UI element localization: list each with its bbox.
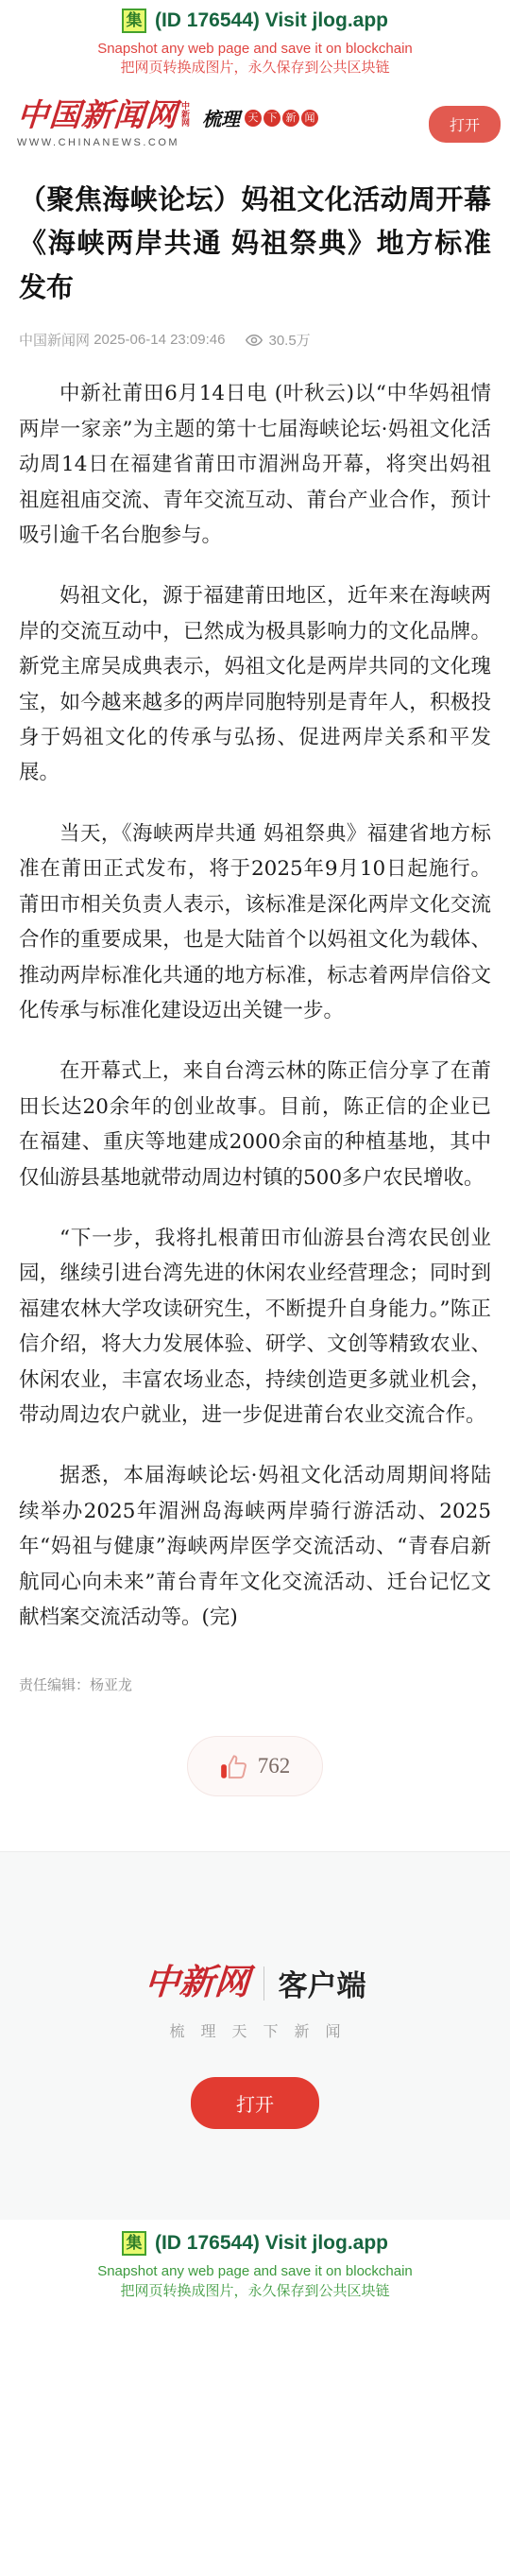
article-source: 中国新闻网	[19, 330, 90, 350]
editor-credit: 责任编辑：杨亚龙	[19, 1674, 491, 1694]
stamp-seal-icon: 闻	[301, 110, 318, 127]
like-count: 762	[258, 1754, 291, 1778]
stamp-seal-icon: 天	[245, 110, 262, 127]
jlog-top-banner: 集 (ID 176544) Visit jlog.app Snapshot an…	[0, 0, 510, 88]
app-slogan: 梳理天下新闻	[0, 2019, 510, 2041]
article-paragraph: 在开幕式上，来自台湾云林的陈正信分享了在莆田长达20余年的创业故事。目前，陈正信…	[19, 1054, 491, 1195]
jlog-subtitle-cn: 把网页转换成图片，永久保存到公共区块链	[0, 59, 510, 77]
jlog-link[interactable]: 集 (ID 176544) Visit jlog.app	[0, 9, 510, 33]
thumbs-up-icon	[220, 1753, 248, 1779]
eye-icon	[246, 334, 263, 347]
open-app-button[interactable]: 打开	[429, 106, 501, 143]
chinanews-logo[interactable]: 中国新闻网 中新网 WWW.CHINANEWS.COM	[17, 101, 189, 148]
app-client-label: 客户端	[279, 1962, 366, 2004]
article-paragraph: 据悉，本届海峡论坛·妈祖文化活动周期间将陆续举办2025年湄洲岛海峡两岸骑行游活…	[19, 1458, 491, 1635]
open-app-button-footer[interactable]: 打开	[191, 2077, 319, 2129]
chinanews-logo-text: 中国新闻网	[16, 101, 178, 132]
jlog-link-bottom[interactable]: 集 (ID 176544) Visit jlog.app	[0, 2231, 510, 2256]
app-logo-text: 中新网	[143, 1966, 250, 2001]
jlog-link-text: (ID 176544) Visit jlog.app	[155, 2232, 388, 2255]
stamp-prefix-text: 梳理	[202, 104, 240, 131]
app-logo: 中新网 客户端	[0, 1962, 510, 2004]
stamp-seal-icon: 新	[282, 110, 299, 127]
jlog-subtitle-cn: 把网页转换成图片，永久保存到公共区块链	[0, 2282, 510, 2301]
logo-divider	[263, 1966, 264, 2001]
article-paragraph: 妈祖文化，源于福建莆田地区，近年来在海峡两岸的交流互动中，已然成为极具影响力的文…	[19, 578, 491, 790]
like-button[interactable]: 762	[187, 1736, 324, 1796]
jlog-subtitle-en: Snapshot any web page and save it on blo…	[0, 2262, 510, 2281]
article-paragraph: “下一步，我将扎根莆田市仙游县台湾农民创业园，继续引进台湾先进的休闲农业经营理念…	[19, 1221, 491, 1433]
view-count: 30.5万	[246, 330, 310, 350]
jlog-bottom-banner: 集 (ID 176544) Visit jlog.app Snapshot an…	[0, 2220, 510, 2307]
jlog-logo-icon: 集	[122, 2231, 146, 2256]
chinanews-logo-side-text: 中新网	[180, 101, 189, 127]
article-datetime: 2025-06-14 23:09:46	[93, 332, 225, 348]
stamp-seal-icon: 下	[263, 110, 280, 127]
view-count-value: 30.5万	[268, 330, 310, 350]
jlog-link-text: (ID 176544) Visit jlog.app	[155, 9, 388, 32]
slogan-stamp: 梳理 天 下 新 闻	[202, 104, 318, 131]
jlog-logo-icon: 集	[122, 9, 146, 33]
article: （聚焦海峡论坛）妈祖文化活动周开幕 《海峡两岸共通 妈祖祭典》地方标准发布 中国…	[0, 179, 510, 1797]
article-title: （聚焦海峡论坛）妈祖文化活动周开幕 《海峡两岸共通 妈祖祭典》地方标准发布	[19, 179, 491, 312]
app-promo-card: 中新网 客户端 梳理天下新闻 打开	[0, 1851, 510, 2220]
jlog-subtitle-en: Snapshot any web page and save it on blo…	[0, 40, 510, 59]
article-paragraph: 中新社莆田6月14日电 (叶秋云)以“中华妈祖情 两岸一家亲”为主题的第十七届海…	[19, 376, 491, 553]
chinanews-url: WWW.CHINANEWS.COM	[17, 137, 189, 148]
site-header: 中国新闻网 中新网 WWW.CHINANEWS.COM 梳理 天 下 新 闻 打…	[0, 92, 510, 160]
article-byline: 中国新闻网 2025-06-14 23:09:46 30.5万	[19, 330, 491, 350]
article-paragraph: 当天，《海峡两岸共通 妈祖祭典》福建省地方标准在莆田正式发布，将于2025年9月…	[19, 816, 491, 1028]
